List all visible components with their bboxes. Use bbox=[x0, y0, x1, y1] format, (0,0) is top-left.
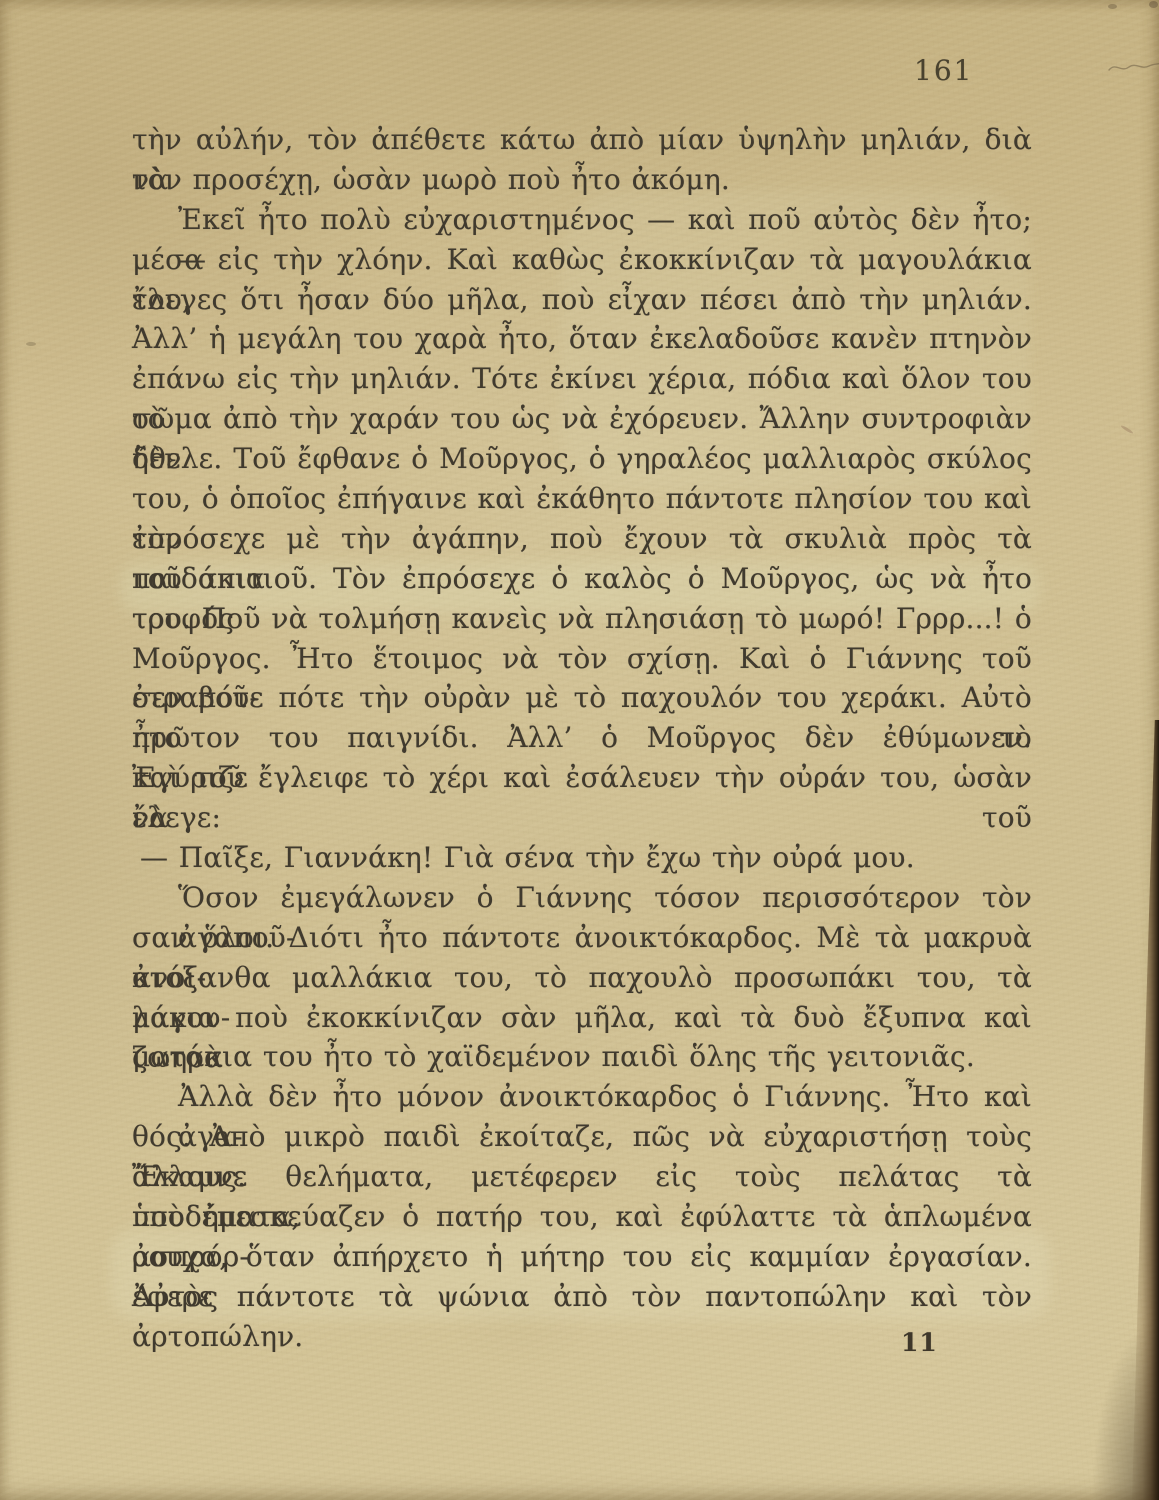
text-line: σεν πότε πότε τὴν οὐρὰν μὲ τὸ παχουλόν τ… bbox=[132, 678, 1032, 718]
text-line: ἔλεγες ὅτι ἦσαν δύο μῆλα, ποὺ εἶχαν πέσε… bbox=[132, 280, 1032, 320]
signature-mark: 11 bbox=[901, 1328, 938, 1357]
body-text: τὴν αὐλήν, τὸν ἀπέθετε κάτω ἀπὸ μίαν ὑψη… bbox=[132, 120, 1032, 1317]
text-line: Ὅσον ἐμεγάλωνεν ὁ Γιάννης τόσον περισσότ… bbox=[132, 878, 1032, 918]
text-line: ἤθελε. Τοῦ ἔφθανε ὁ Μοῦργος, ὁ γηραλέος … bbox=[132, 439, 1032, 479]
text-line: Ἀλλ’ ἡ μεγάλη του χαρὰ ἦτο, ὅταν ἐκελαδο… bbox=[132, 319, 1032, 359]
text-line: καὶ τοῦ ἔγλειφε τὸ χέρι καὶ ἐσάλευεν τὴν… bbox=[132, 758, 1032, 798]
text-line: κτόξανθα μαλλάκια του, τὸ παχουλὸ προσωπ… bbox=[132, 958, 1032, 998]
text-line: Μοῦργος. Ἦτο ἕτοιμος νὰ τὸν σχίσῃ. Καὶ ὁ… bbox=[132, 639, 1032, 679]
text-line: ποὺ ἐπεσκεύαζεν ὁ πατήρ του, καὶ ἐφύλαττ… bbox=[132, 1197, 1032, 1237]
text-line: ρουχα, ὅταν ἀπήρχετο ἡ μήτηρ του εἰς καμ… bbox=[132, 1237, 1032, 1277]
book-edge-shadow bbox=[1129, 720, 1159, 1500]
text-line: τὸν προσέχῃ, ὡσὰν μωρὸ ποὺ ἦτο ἀκόμη. bbox=[132, 160, 1032, 200]
text-line: Ἐκεῖ ἦτο πολὺ εὐχαριστημένος — καὶ ποῦ α… bbox=[132, 200, 1032, 240]
text-line: πρῶτον του παιγνίδι. Ἀλλ’ ὁ Μοῦργος δὲν … bbox=[132, 718, 1032, 758]
page-number: 161 bbox=[914, 54, 973, 87]
text-line: μέσα εἰς τὴν χλόην. Καὶ καθὼς ἐκοκκίνιζα… bbox=[132, 240, 1032, 280]
text-line: λάκια ποὺ ἐκοκκίνιζαν σὰν μῆλα, καὶ τὰ δ… bbox=[132, 998, 1032, 1038]
paper-speck bbox=[1149, 1, 1158, 8]
text-line: τὴν αὐλήν, τὸν ἀπέθετε κάτω ἀπὸ μίαν ὑψη… bbox=[132, 120, 1032, 160]
paper-speck bbox=[1120, 425, 1133, 435]
text-line: τοῦ σπιτιοῦ. Τὸν ἐπρόσεχε ὁ καλὸς ὁ Μοῦρ… bbox=[132, 559, 1032, 599]
paper-speck bbox=[1108, 4, 1117, 9]
book-edge-corner-shadow bbox=[1089, 1280, 1159, 1500]
text-line: ἐπρόσεχε μὲ τὴν ἀγάπην, ποὺ ἔχουν τὰ σκυ… bbox=[132, 519, 1032, 559]
text-line: θός. Ἀπὸ μικρὸ παιδὶ ἐκοίταζε, πῶς νὰ εὐ… bbox=[132, 1117, 1032, 1157]
book-page-scan: 161 τὴν αὐλήν, τὸν ἀπέθετε κάτω ἀπὸ μίαν… bbox=[0, 0, 1159, 1500]
text-line: του, ὁ ὁποῖος ἐπήγαινε καὶ ἐκάθητο πάντο… bbox=[132, 479, 1032, 519]
text-line: ἐπάνω εἰς τὴν μηλιάν. Τότε ἐκίνει χέρια,… bbox=[132, 359, 1032, 399]
text-line: Ἔκαμνε θελήματα, μετέφερεν εἰς τοὺς πελά… bbox=[132, 1157, 1032, 1197]
text-line: του. Ποῦ νὰ τολμήσῃ κανεὶς νὰ πλησιάσῃ τ… bbox=[132, 599, 1032, 639]
text-line: σαν ὅλοι. Διότι ἦτο πάντοτε ἀνοικτόκαρδο… bbox=[132, 918, 1032, 958]
text-line: ἔφερε πάντοτε τὰ ψώνια ἀπὸ τὸν παντοπώλη… bbox=[132, 1277, 1032, 1317]
ink-squiggle-mark bbox=[1108, 54, 1159, 80]
text-line: — Παῖξε, Γιαννάκη! Γιὰ σένα τὴν ἔχω τὴν … bbox=[132, 838, 1032, 878]
text-line: ματάκια του ἦτο τὸ χαϊδεμένον παιδὶ ὅλης… bbox=[132, 1037, 1032, 1077]
text-line: σῶμα ἀπὸ τὴν χαράν του ὡς νὰ ἐχόρευεν. Ἄ… bbox=[132, 399, 1032, 439]
paper-speck bbox=[26, 342, 36, 346]
text-line: Ἀλλὰ δὲν ἦτο μόνον ἀνοικτόκαρδος ὁ Γιάνν… bbox=[132, 1077, 1032, 1117]
